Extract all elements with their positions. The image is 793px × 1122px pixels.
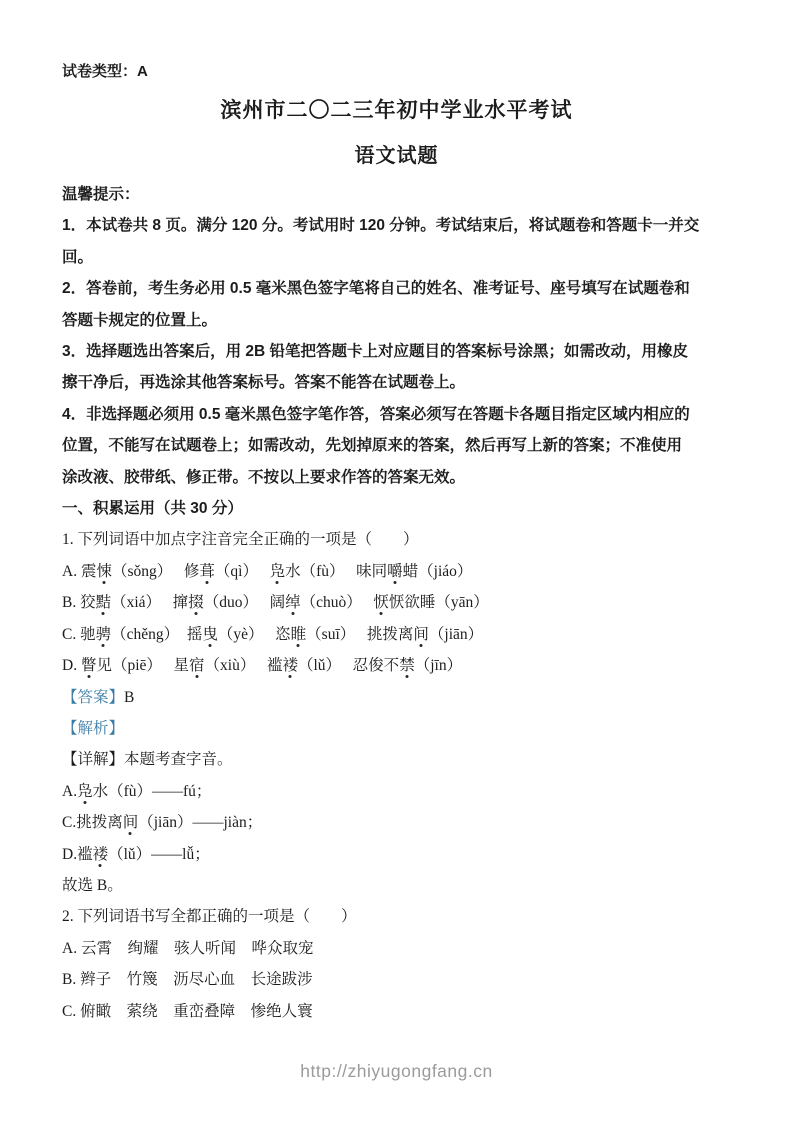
emphasized-char: 黠: [96, 594, 112, 611]
paper-type-label: 试卷类型：A: [62, 60, 731, 84]
watermark-url: http://zhiyugongfang.cn: [0, 1058, 793, 1084]
question-1-option-b: B. 狡黠（xiá） 撺掇（duo） 阔绰（chuò） 恹恹欲睡（yān）: [62, 587, 731, 618]
notice-line: 答题卡规定的位置上。: [62, 305, 731, 336]
emphasized-char: 褛: [93, 846, 109, 863]
detail-line-a: A.凫水（fù）——fú；: [62, 776, 731, 807]
notice-line: 擦干净后，再选涂其他答案标号。答案不能答在试题卷上。: [62, 367, 731, 398]
detail-conclusion: 故选 B。: [62, 870, 731, 901]
answer-value: B: [124, 689, 134, 706]
emphasized-char: 骋: [96, 626, 112, 643]
subject-title: 语文试题: [62, 141, 731, 171]
emphasized-char: 瞥: [81, 657, 97, 674]
emphasized-char: 恹: [373, 594, 389, 611]
question-2-option-b: B. 辫子 竹篾 沥尽心血 长途跋涉: [62, 964, 731, 995]
notice-line: 回。: [62, 242, 731, 273]
question-2-option-a: A. 云霄 绚耀 骇人听闻 哗众取宠: [62, 933, 731, 964]
notice-line: 2．答卷前，考生务必用 0.5 毫米黑色签字笔将自己的姓名、准考证号、座号填写在…: [62, 273, 731, 304]
detail-intro: 【详解】本题考查字音。: [62, 744, 731, 775]
exam-title: 滨州市二〇二三年初中学业水平考试: [62, 96, 731, 126]
notice-line: 1．本试卷共 8 页。满分 120 分。考试用时 120 分钟。考试结束后，将试…: [62, 210, 731, 241]
detail-line-c: C.挑拨离间（jiān）——jiàn；: [62, 807, 731, 838]
analysis-label: 【解析】: [62, 720, 124, 737]
notice-section: 温馨提示： 1．本试卷共 8 页。满分 120 分。考试用时 120 分钟。考试…: [62, 179, 731, 493]
question-2-stem: 2. 下列词语书写全都正确的一项是（ ）: [62, 901, 731, 932]
emphasized-char: 嚼: [387, 563, 403, 580]
emphasized-char: 葺: [199, 563, 215, 580]
question-2: 2. 下列词语书写全都正确的一项是（ ） A. 云霄 绚耀 骇人听闻 哗众取宠 …: [62, 901, 731, 1027]
answer-label: 【答案】: [62, 689, 124, 706]
emphasized-char: 宿: [189, 657, 205, 674]
emphasized-char: 间: [413, 626, 429, 643]
question-1-option-a: A. 震悚（sǒng） 修葺（qì） 凫水（fù） 味同嚼蜡（jiáo）: [62, 556, 731, 587]
emphasized-char: 凫: [77, 783, 93, 800]
emphasized-char: 曳: [202, 626, 218, 643]
emphasized-char: 凫: [270, 563, 286, 580]
emphasized-char: 绰: [285, 594, 301, 611]
notice-line: 涂改液、胶带纸、修正带。不按以上要求作答的答案无效。: [62, 462, 731, 493]
question-1-option-c: C. 驰骋（chěng） 摇曳（yè） 恣睢（suī） 挑拨离间（jiān）: [62, 619, 731, 650]
notice-line: 位置，不能写在试题卷上；如需改动，先划掉原来的答案，然后再写上新的答案；不准使用: [62, 430, 731, 461]
emphasized-char: 褛: [282, 657, 298, 674]
emphasized-char: 悚: [96, 563, 112, 580]
question-1-stem: 1. 下列词语中加点字注音完全正确的一项是（ ）: [62, 524, 731, 555]
emphasized-char: 禁: [399, 657, 415, 674]
answer-line: 【答案】B: [62, 682, 731, 713]
emphasized-char: 掇: [188, 594, 204, 611]
notice-heading: 温馨提示：: [62, 179, 731, 210]
exam-paper-page: 试卷类型：A 滨州市二〇二三年初中学业水平考试 语文试题 温馨提示： 1．本试卷…: [0, 0, 793, 1122]
notice-line: 4．非选择题必须用 0.5 毫米黑色签字笔作答，答案必须写在答题卡各题目指定区域…: [62, 399, 731, 430]
analysis-line: 【解析】: [62, 713, 731, 744]
emphasized-char: 睢: [291, 626, 307, 643]
question-1-option-d: D. 瞥见（piē） 星宿（xiù） 褴褛（lǔ） 忍俊不禁（jīn）: [62, 650, 731, 681]
notice-line: 3．选择题选出答案后，用 2B 铅笔把答题卡上对应题目的答案标号涂黑；如需改动，…: [62, 336, 731, 367]
question-2-option-c: C. 俯瞰 萦绕 重峦叠障 惨绝人寰: [62, 996, 731, 1027]
section-heading: 一、积累运用（共 30 分）: [62, 493, 731, 524]
emphasized-char: 间: [123, 814, 139, 831]
question-1: 1. 下列词语中加点字注音完全正确的一项是（ ） A. 震悚（sǒng） 修葺（…: [62, 524, 731, 901]
detail-line-d: D.褴褛（lǔ）——lǚ；: [62, 839, 731, 870]
